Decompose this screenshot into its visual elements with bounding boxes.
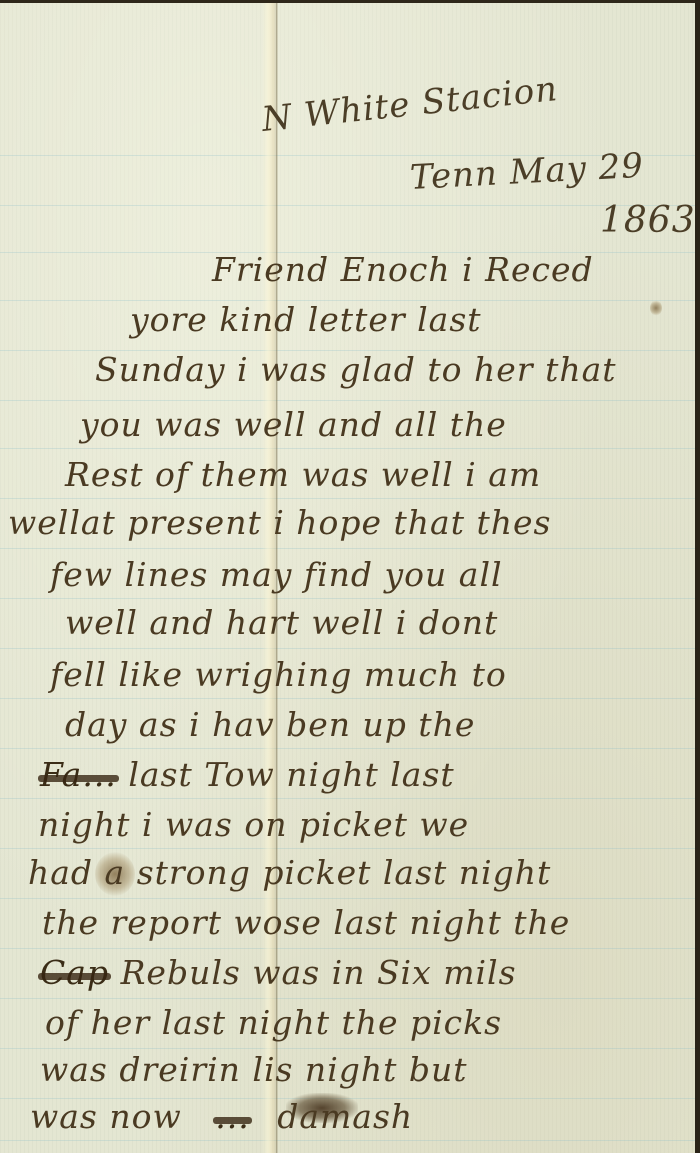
letter-line: well and hart well i dont <box>65 603 498 642</box>
letter-line: Friend Enoch i Reced <box>212 250 594 289</box>
ruled-line <box>0 748 696 749</box>
ruled-line <box>0 698 696 699</box>
letter-line: Fa... last Tow night last <box>40 755 455 794</box>
ruled-line <box>0 598 696 599</box>
ruled-line <box>0 448 696 449</box>
letter-line: wellat present i hope that thes <box>8 503 551 542</box>
letter-line: night i was on picket we <box>38 805 469 844</box>
letter-line: you was well and all the <box>80 405 507 444</box>
ink-dot <box>650 300 662 316</box>
letter-line: was dreirin lis night but <box>40 1050 468 1089</box>
ruled-line <box>0 998 696 999</box>
ruled-line <box>0 1048 696 1049</box>
letter-line: few lines may find you all <box>50 555 503 594</box>
letter-line: the report wose last night the <box>42 903 570 942</box>
letter-line: was now ... damash <box>30 1097 413 1136</box>
letter-line: Cap Rebuls was in Six mils <box>40 953 517 992</box>
letter-line-text: was now <box>30 1097 182 1136</box>
letter-line: yore kind letter last <box>130 300 482 339</box>
letter-line-text-after: damash <box>277 1097 413 1136</box>
letter-line: had a strong picket last night <box>28 853 551 892</box>
struck-out-word: ... <box>215 1097 249 1136</box>
ruled-line <box>0 848 696 849</box>
ruled-line <box>0 798 696 799</box>
letter-line-text: Rebuls was in Six mils <box>121 953 517 992</box>
scan-right-edge <box>695 0 700 1153</box>
ruled-line <box>0 898 696 899</box>
letter-line: fell like wrighing much to <box>50 655 507 694</box>
ruled-line <box>0 498 696 499</box>
ruled-line <box>0 948 696 949</box>
ruled-line <box>0 548 696 549</box>
letter-line: Rest of them was well i am <box>65 455 541 494</box>
ruled-line <box>0 648 696 649</box>
letter-place-line: N White Stacion <box>260 69 560 140</box>
letter-year: 1863 <box>600 200 696 241</box>
ruled-line <box>0 400 696 401</box>
scan-top-edge <box>0 0 700 3</box>
ruled-line <box>0 205 696 206</box>
letter-sheet: N White Stacion Tenn May 29 1863 Friend … <box>0 0 696 1153</box>
struck-out-word: Fa... <box>40 755 117 794</box>
struck-out-word: Cap <box>40 953 109 992</box>
letter-line: of her last night the picks <box>45 1003 502 1042</box>
letter-line-text: last Tow night last <box>128 755 454 794</box>
letter-line: Sunday i was glad to her that <box>95 350 617 389</box>
letter-date-line: Tenn May 29 <box>409 146 645 198</box>
ruled-line <box>0 1140 696 1141</box>
letter-line: day as i hav ben up the <box>65 705 475 744</box>
